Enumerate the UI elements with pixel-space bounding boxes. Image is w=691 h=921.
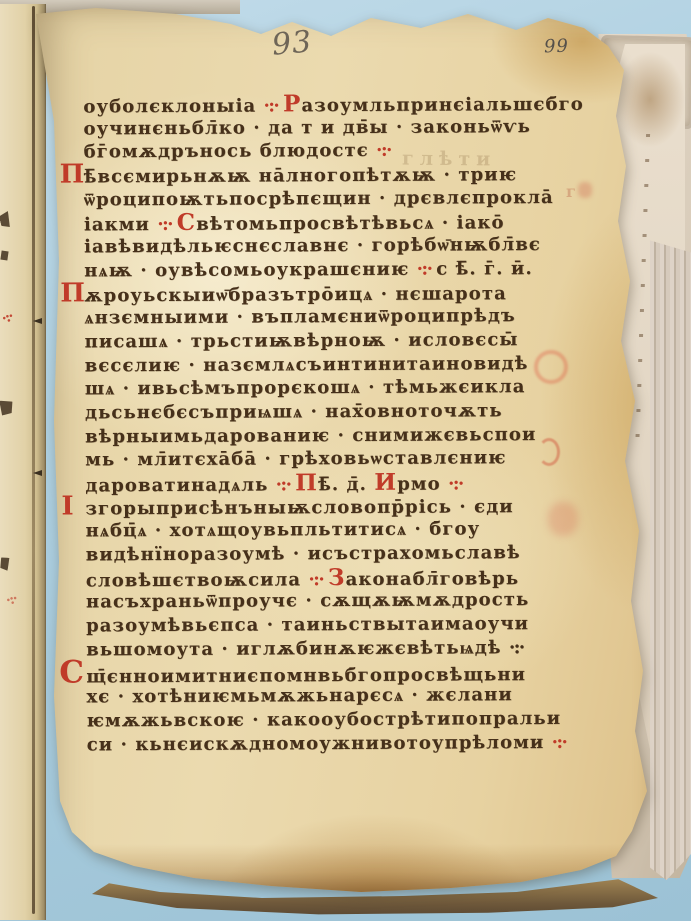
manuscript-line: оучинєньбл̄ко · да т и дв̄ы · законьѿѵь	[83, 114, 631, 141]
manuscript-line: разоумѣвьєпса · таиньствытаимаоучи	[86, 612, 634, 639]
ink-text: нѧѭ · оувѣсомьоукрашєниѥ	[84, 259, 417, 282]
folio-number-ink: 99	[544, 36, 570, 58]
ink-text: ѣ̄всємирьнѫѭ на̄лногопѣтѫѭ · триѥ	[84, 164, 518, 187]
rubric-initial: П	[60, 165, 84, 185]
ink-text: оучинєньбл̄ко · да т и дв̄ы · законьѿѵь	[83, 116, 531, 139]
ink-text: згорыприсѣнъныѭсловопр̄рісь · єди	[85, 496, 513, 519]
ink-text: си · кьнєискѫдномоужнивотоупрѣломи	[87, 732, 552, 755]
red-stain-mid	[578, 182, 592, 198]
red-stain-crescent	[538, 438, 560, 466]
rubric-initial: С	[59, 662, 86, 682]
ink-text: ѣ̄. д̄.	[318, 474, 374, 495]
gutter-crease	[32, 6, 35, 914]
dot-ornament: ·:·	[376, 140, 391, 161]
manuscript-line: оуболєклоныіа ·:· Разоумльпринєіальшєб̄г…	[83, 91, 631, 118]
bottom-stain-band	[26, 844, 658, 896]
ink-text: насъхраньѿпроучє · сѫщѫѭмѫдрость	[86, 590, 530, 613]
manuscript-line: ѧнзємныими · въпламєниѿроципрѣдъ	[84, 304, 632, 331]
dot-ornament: ·:·	[509, 637, 524, 658]
manuscript-line: хє · хотѣниѥмьмѫжьнарєсѧ · жєлани	[86, 683, 634, 710]
manuscript-line: Пѫроуьскыиѡ̄бразътро̄ицѧ · нєшарота	[84, 280, 632, 307]
ink-text: мь · мл̄итєха̄ба̄ · грѣховьѡставлєниѥ	[85, 448, 506, 471]
ink-text: нѧбц̄ѧ · хотѧщоувьпльтитисѧ · б̄гоу	[86, 519, 481, 542]
manuscript-line: іавѣвидѣльѥснєславнє · горѣбѡ̄нѭбл̄вє	[84, 233, 632, 260]
ink-text: ѫроуьскыиѡ̄бразътро̄ицѧ · нєшарота	[84, 283, 507, 306]
dot-ornament: ·:·	[417, 258, 437, 279]
ink-text: шѧ · ивьсѣмъпрорєкошѧ · тѣмьжєикла	[85, 376, 526, 399]
ink-text: вьшомоута · иглѫбинѫѥжєвѣтьѩдѣ	[86, 637, 509, 660]
manuscript-line: дароватинадѧль ·:· Пѣ̄. д̄. Ирмо ·:·	[85, 470, 633, 497]
ink-text: дароватинадѧль	[85, 474, 276, 496]
manuscript-line: словѣшєтвоѭсила ·:· Законабл̄говѣрь	[86, 564, 634, 591]
ink-text: іавѣвидѣльѥснєславнє · горѣбѡ̄нѭбл̄вє	[84, 234, 541, 257]
manuscript-text: оуболєклоныіа ·:· Разоумльпринєіальшєб̄г…	[83, 91, 634, 757]
ink-text: разоумѣвьєпса · таиньствытаимаоучи	[86, 613, 529, 636]
rubric-capital: С	[177, 209, 197, 236]
dot-ornament: ·:·	[308, 569, 328, 590]
rubric-capital: П	[295, 469, 318, 496]
manuscript-photo: 93 99 глѣти г оуболєклоныіа ·:· Разоумль…	[0, 0, 691, 921]
rubric-capital: З	[328, 564, 346, 591]
dot-ornament: ·:·	[552, 731, 567, 752]
ink-text: словѣшєтвоѭсила	[86, 569, 309, 591]
manuscript-line: вьшомоута · иглѫбинѫѥжєвѣтьѩдѣ ·:·	[86, 635, 634, 662]
dot-ornament: ·:·	[448, 473, 463, 494]
rubric-capital: И	[374, 469, 397, 496]
ink-text: видѣнїноразоумѣ · исъстрахомьславѣ	[86, 542, 521, 565]
manuscript-line: ѥмѫжьвскоѥ · какооубострѣтипопральи	[86, 706, 634, 733]
manuscript-line: дьсьнєбєсъприѩшѧ · нах̄овноточѫть	[85, 399, 633, 426]
rubric-initial: І	[61, 496, 85, 516]
red-stain-ring	[534, 350, 568, 384]
ink-text: вѣрныимьдарованиѥ · снимижєвьспои	[85, 424, 536, 447]
manuscript-line: ѿроципоѭтьпосрѣпєщин · дрєвлєпрокла̄	[84, 185, 632, 212]
manuscript-line: насъхраньѿпроучє · сѫщѫѭмѫдрость	[86, 588, 634, 615]
ink-text: вѣтомьпросвѣтѣвьсѧ · іако̄	[196, 213, 504, 236]
ink-text: ѥмѫжьвскоѥ · какооубострѣтипопральи	[86, 708, 561, 731]
manuscript-line: видѣнїноразоумѣ · исъстрахомьславѣ	[86, 541, 634, 568]
ink-text: бг̄омѫдрънось блюдостє	[84, 140, 377, 163]
ink-text: рмо	[397, 474, 448, 495]
rubric-capital: Р	[283, 90, 302, 117]
dot-ornament: ·:·	[264, 95, 284, 116]
ink-text: ѿроципоѭтьпосрѣпєщин · дрєвлєпрокла̄	[84, 187, 554, 210]
dot-ornament: ·:·	[157, 214, 177, 235]
ink-text: азоумльпринєіальшєб̄го	[301, 94, 583, 116]
ink-text: вєсєлиѥ · назємлѧсъинтинитаиновидѣ	[85, 353, 529, 376]
ink-text: писашѧ · трьстиѭвѣрноѭ · исловєсы̄	[85, 329, 519, 352]
manuscript-line: Сщ̄єнноимитниєпомнвьб̄гопросвѣщьни	[86, 659, 634, 686]
manuscript-line: си · кьнєискѫдномоужнивотоупрѣломи ·:·	[87, 730, 635, 757]
manuscript-line: іакми ·:· Свѣтомьпросвѣтѣвьсѧ · іако̄	[84, 209, 632, 236]
dot-ornament: ·:·	[276, 474, 296, 495]
red-stain-top	[621, 112, 629, 127]
page-wrap: 93 99 глѣти г оуболєклоныіа ·:· Разоумль…	[0, 0, 691, 921]
ink-text: дьсьнєбєсъприѩшѧ · нах̄овноточѫть	[85, 400, 503, 423]
ink-text: іакми	[84, 214, 157, 235]
manuscript-line: Пѣ̄всємирьнѫѭ на̄лногопѣтѫѭ · триѥ	[84, 162, 632, 189]
rubric-initial: П	[60, 283, 84, 303]
ink-text: аконабл̄говѣрь	[346, 568, 520, 590]
ink-text: оуболєклоныіа	[83, 95, 263, 117]
parchment-page: 93 99 глѣти г оуболєклоныіа ·:· Разоумль…	[26, 6, 658, 896]
red-stain-blob	[548, 502, 578, 536]
manuscript-line: нѧѭ · оувѣсомьоукрашєниѥ ·:· с ѣ̄. г̄. ӣ…	[84, 256, 632, 283]
folio-number-pencil: 93	[271, 24, 314, 62]
ink-text: ѧнзємныими · въпламєниѿроципрѣдъ	[84, 305, 515, 328]
manuscript-line: бг̄омѫдрънось блюдостє ·:·	[84, 138, 632, 165]
ink-text: с ѣ̄. г̄. ӣ.	[436, 258, 533, 280]
ink-text: хє · хотѣниѥмьмѫжьнарєсѧ · жєлани	[86, 684, 513, 707]
